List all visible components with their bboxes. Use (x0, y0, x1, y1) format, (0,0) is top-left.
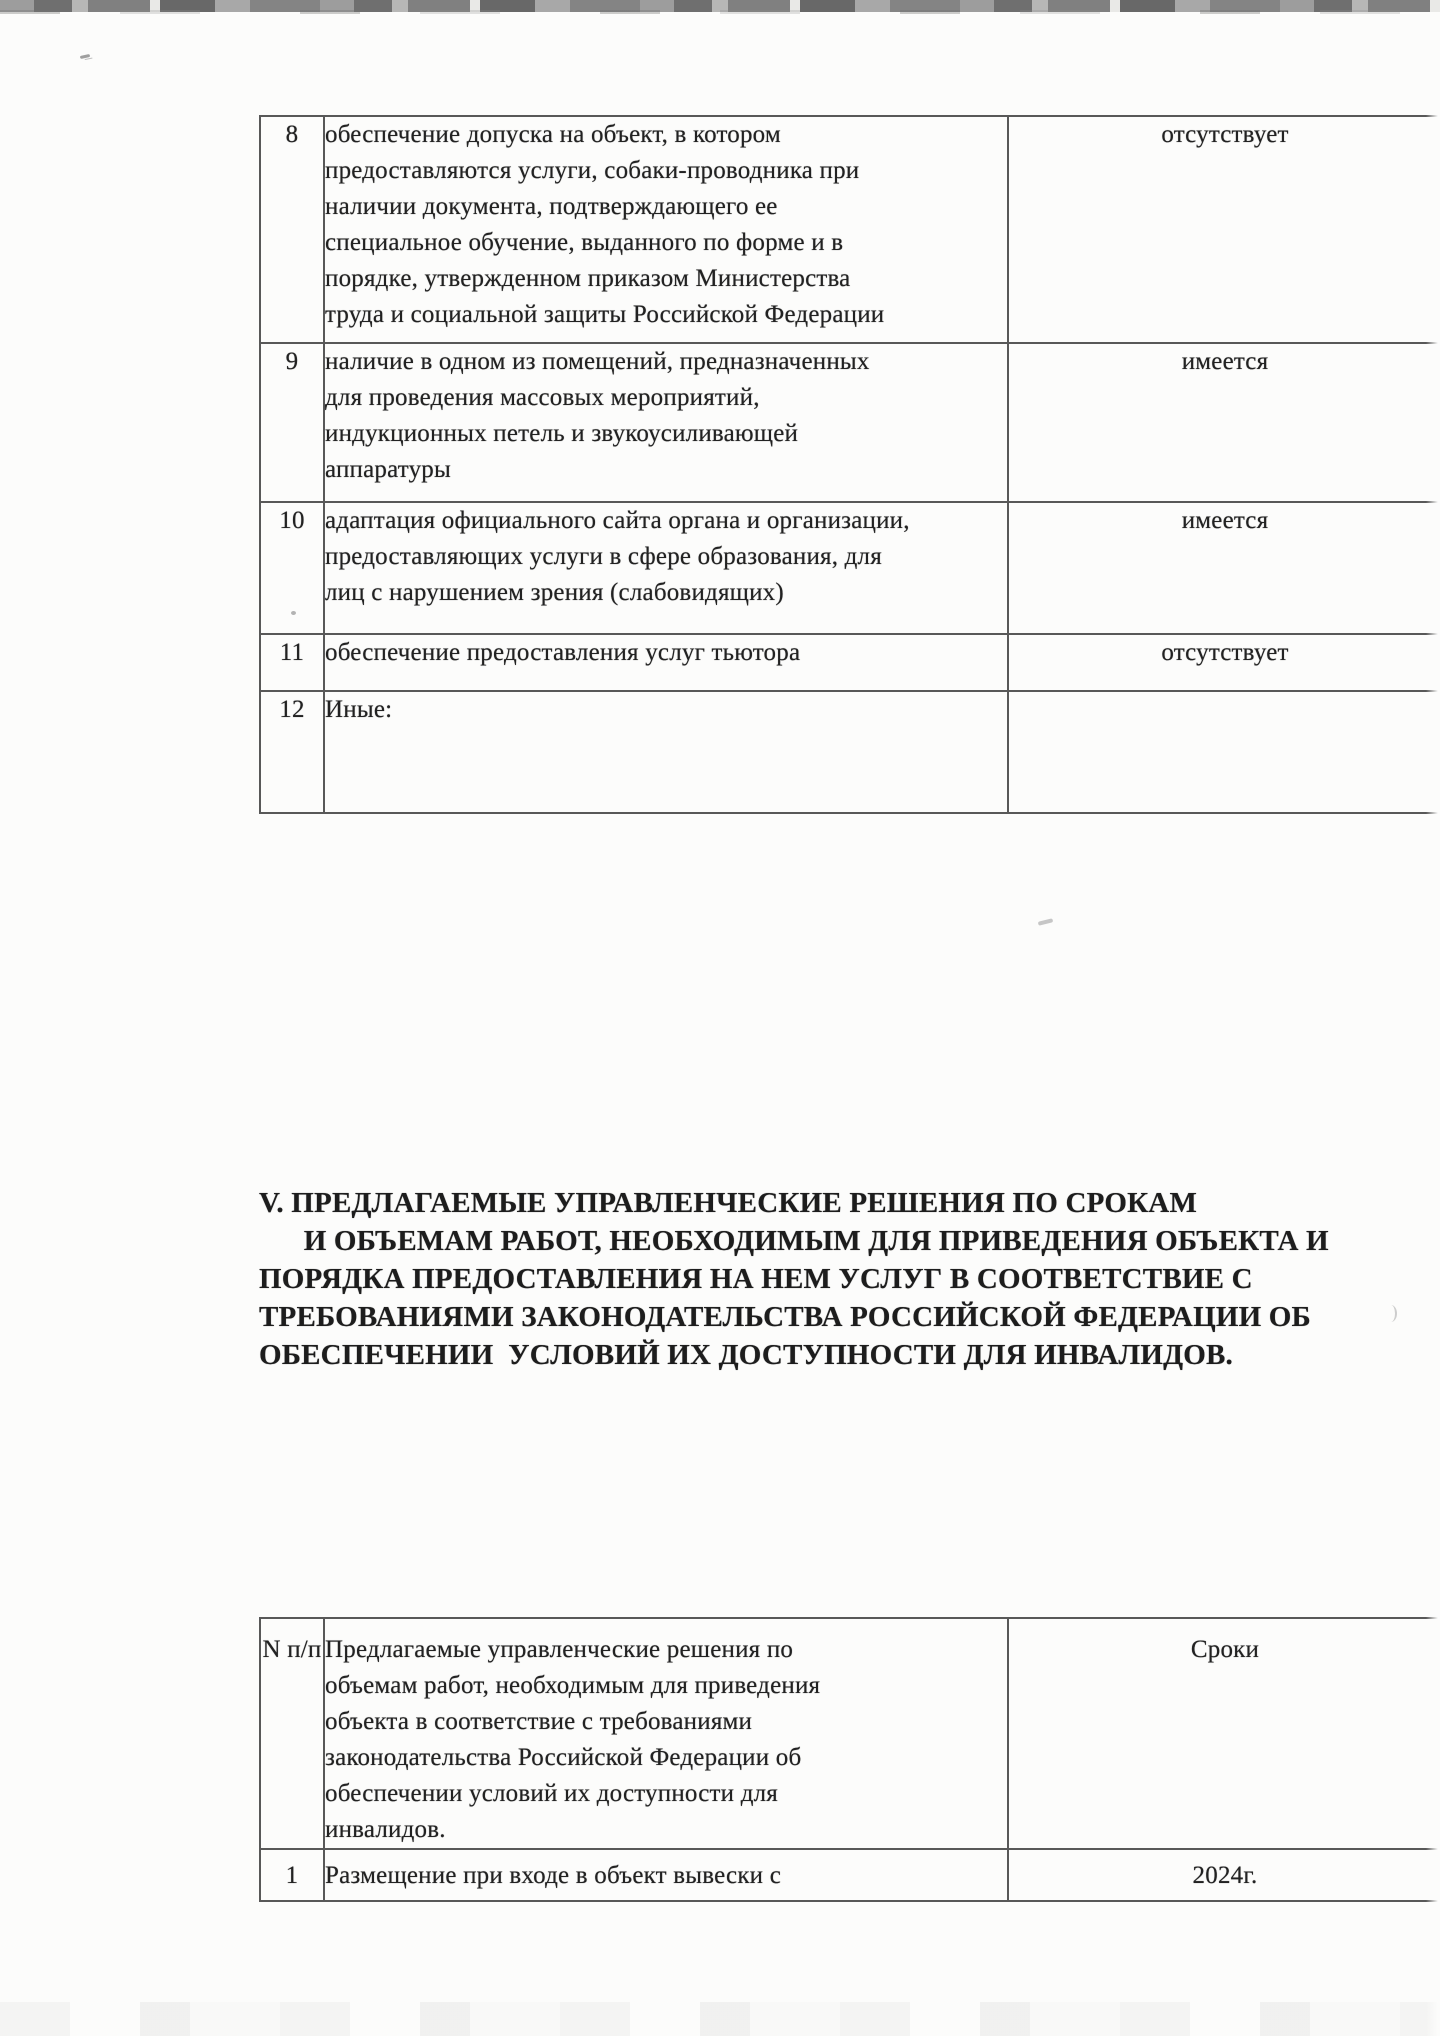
status-value-cell: имеется (1008, 502, 1440, 634)
row-number-cell: 12 (260, 691, 324, 813)
table-row: 12 Иные: (260, 691, 1440, 813)
heading-line: И ОБЪЕМАМ РАБОТ, НЕОБХОДИМЫМ ДЛЯ ПРИВЕДЕ… (259, 1222, 1419, 1260)
header-number-cell: N п/п (260, 1618, 324, 1849)
table-row: 9 наличие в одном из помещений, предназн… (260, 343, 1440, 502)
section-v-heading: V. ПРЕДЛАГАЕМЫЕ УПРАВЛЕНЧЕСКИЕ РЕШЕНИЯ П… (259, 1184, 1419, 1374)
row-number-cell: 1 (260, 1849, 324, 1901)
scan-edge-fade (1426, 100, 1440, 2036)
table-row: 11 обеспечение предоставления услуг тьют… (260, 634, 1440, 691)
table-row: 10 адаптация официального сайта органа и… (260, 502, 1440, 634)
header-text-cell: Предлагаемые управленческие решения по о… (324, 1618, 1008, 1849)
status-value-cell (1008, 691, 1440, 813)
scanned-document-page: 8 обеспечение допуска на объект, в котор… (0, 0, 1440, 2036)
scan-edge-artifact-bottom (0, 2002, 1440, 2036)
condition-text-cell: обеспечение предоставления услуг тьютора (324, 634, 1008, 691)
status-value-cell: отсутствует (1008, 634, 1440, 691)
status-value-cell: имеется (1008, 343, 1440, 502)
table-row: 1 Размещение при входе в объект вывески … (260, 1849, 1440, 1901)
header-terms-cell: Сроки (1008, 1618, 1440, 1849)
decision-text-cell: Размещение при входе в объект вывески с (324, 1849, 1008, 1901)
scan-speck (80, 54, 90, 59)
condition-text-cell: наличие в одном из помещений, предназнач… (324, 343, 1008, 502)
condition-text-cell: адаптация официального сайта органа и ор… (324, 502, 1008, 634)
heading-line: ОБЕСПЕЧЕНИИ УСЛОВИЙ ИХ ДОСТУПНОСТИ ДЛЯ И… (259, 1336, 1419, 1374)
condition-text-cell: обеспечение допуска на объект, в котором… (324, 116, 1008, 343)
row-number-cell: 8 (260, 116, 324, 343)
row-number-cell: 9 (260, 343, 324, 502)
heading-line: V. ПРЕДЛАГАЕМЫЕ УПРАВЛЕНЧЕСКИЕ РЕШЕНИЯ П… (259, 1184, 1419, 1222)
management-decisions-table: N п/п Предлагаемые управленческие решени… (259, 1617, 1440, 1902)
condition-text-cell: Иные: (324, 691, 1008, 813)
table-row: 8 обеспечение допуска на объект, в котор… (260, 116, 1440, 343)
scan-edge-artifact-top (0, 0, 1440, 12)
row-number-cell: 10 (260, 502, 324, 634)
status-value-cell: отсутствует (1008, 116, 1440, 343)
scan-speck (1038, 918, 1054, 926)
row-number-cell: 11 (260, 634, 324, 691)
table-header-row: N п/п Предлагаемые управленческие решени… (260, 1618, 1440, 1849)
accessibility-conditions-table: 8 обеспечение допуска на объект, в котор… (259, 115, 1440, 814)
term-value-cell: 2024г. (1008, 1849, 1440, 1901)
heading-line: ТРЕБОВАНИЯМИ ЗАКОНОДАТЕЛЬСТВА РОССИЙСКОЙ… (259, 1298, 1419, 1336)
heading-line: ПОРЯДКА ПРЕДОСТАВЛЕНИЯ НА НЕМ УСЛУГ В СО… (259, 1260, 1419, 1298)
